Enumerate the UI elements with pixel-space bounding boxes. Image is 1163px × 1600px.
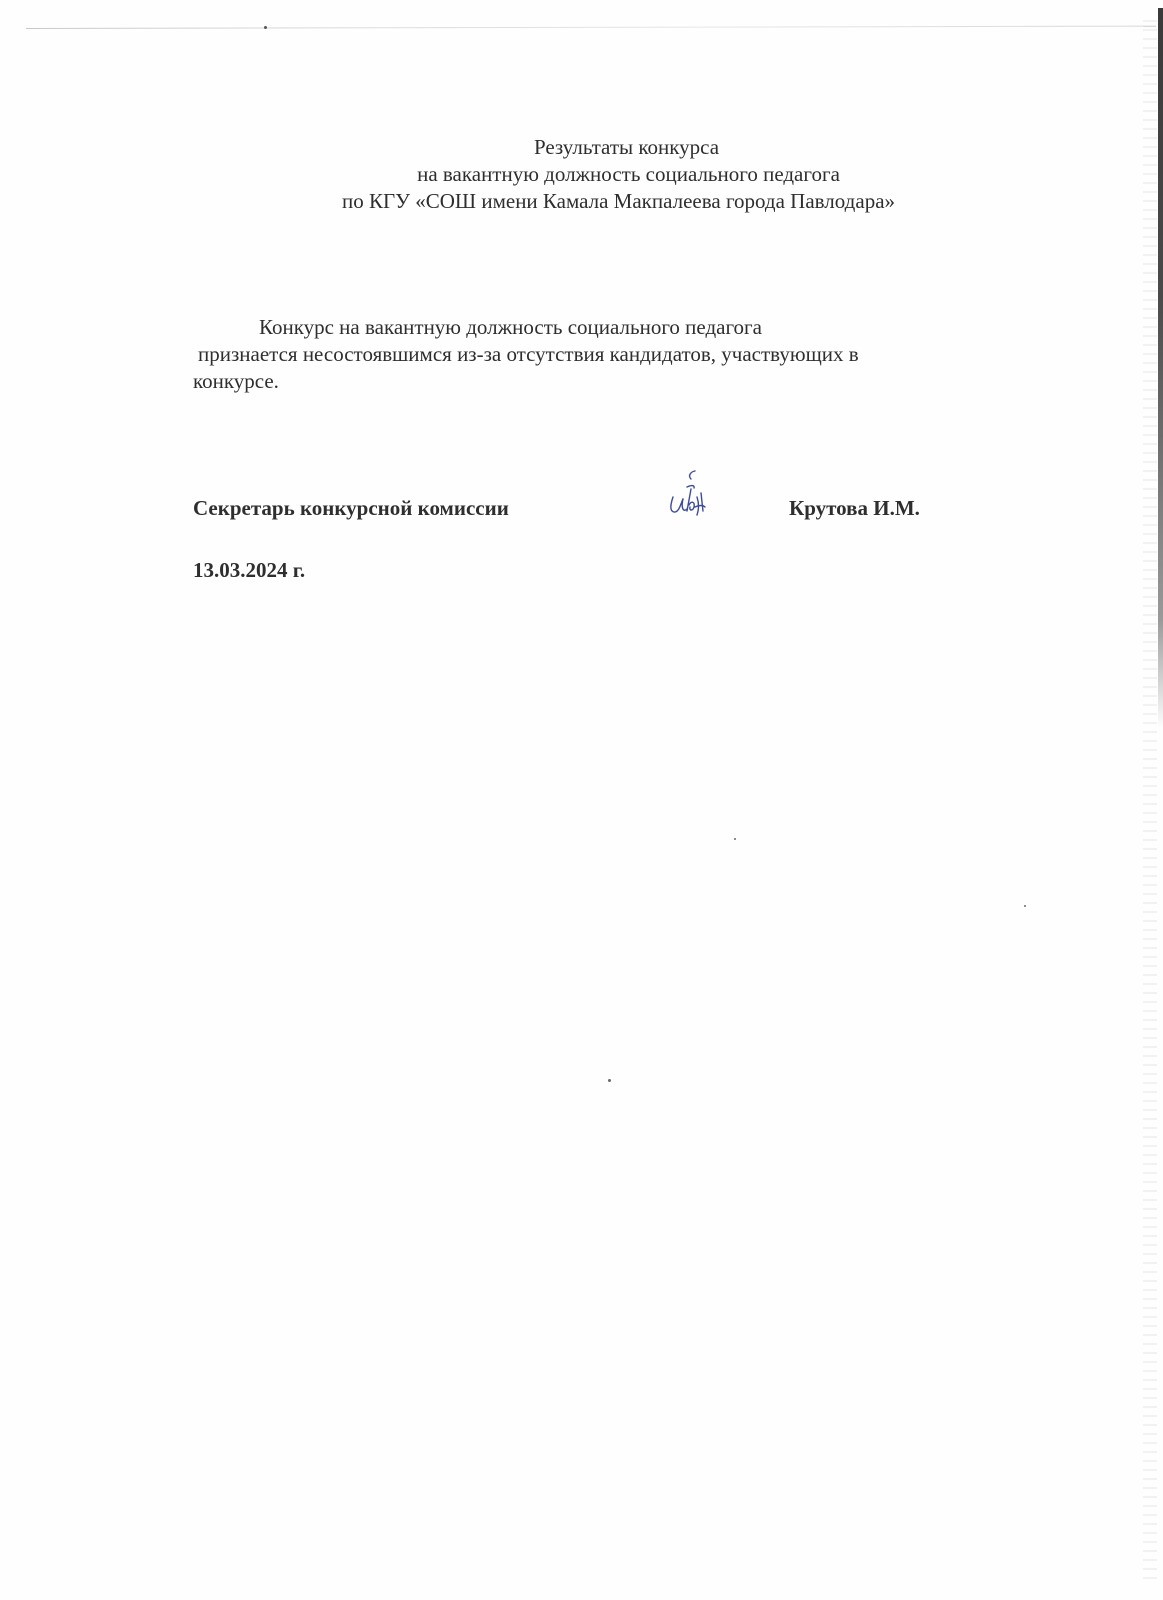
document-body: Конкурс на вакантную должность социально… [193,314,1043,395]
scan-speck [264,26,267,29]
body-line: Конкурс на вакантную должность социально… [193,314,1043,341]
scan-speck [608,1079,611,1082]
body-line: признается несостоявшимся из-за отсутств… [193,341,1043,368]
handwritten-signature-icon [665,467,715,523]
signatory-role: Секретарь конкурсной комиссии [193,493,509,523]
body-line: конкурсе. [193,368,1043,395]
scan-right-border-shadow [1158,8,1163,728]
document-title: Результаты конкурса на вакантную должнос… [0,134,1163,215]
scan-right-noise [1143,20,1157,1580]
title-line: Результаты конкурса [0,134,1163,161]
signatory-name: Крутова И.М. [789,493,920,523]
title-line: по КГУ «СОШ имени Камала Макпалеева горо… [0,188,1163,215]
scan-speck [1024,905,1026,907]
title-line: на вакантную должность социального педаг… [0,161,1163,188]
scan-speck [734,838,736,840]
document-date: 13.03.2024 г. [193,556,305,584]
signature-block: Секретарь конкурсной комиссии Крутова И.… [193,493,1013,523]
scanned-document-page: Результаты конкурса на вакантную должнос… [0,0,1163,1600]
scan-edge-line [26,26,1156,29]
